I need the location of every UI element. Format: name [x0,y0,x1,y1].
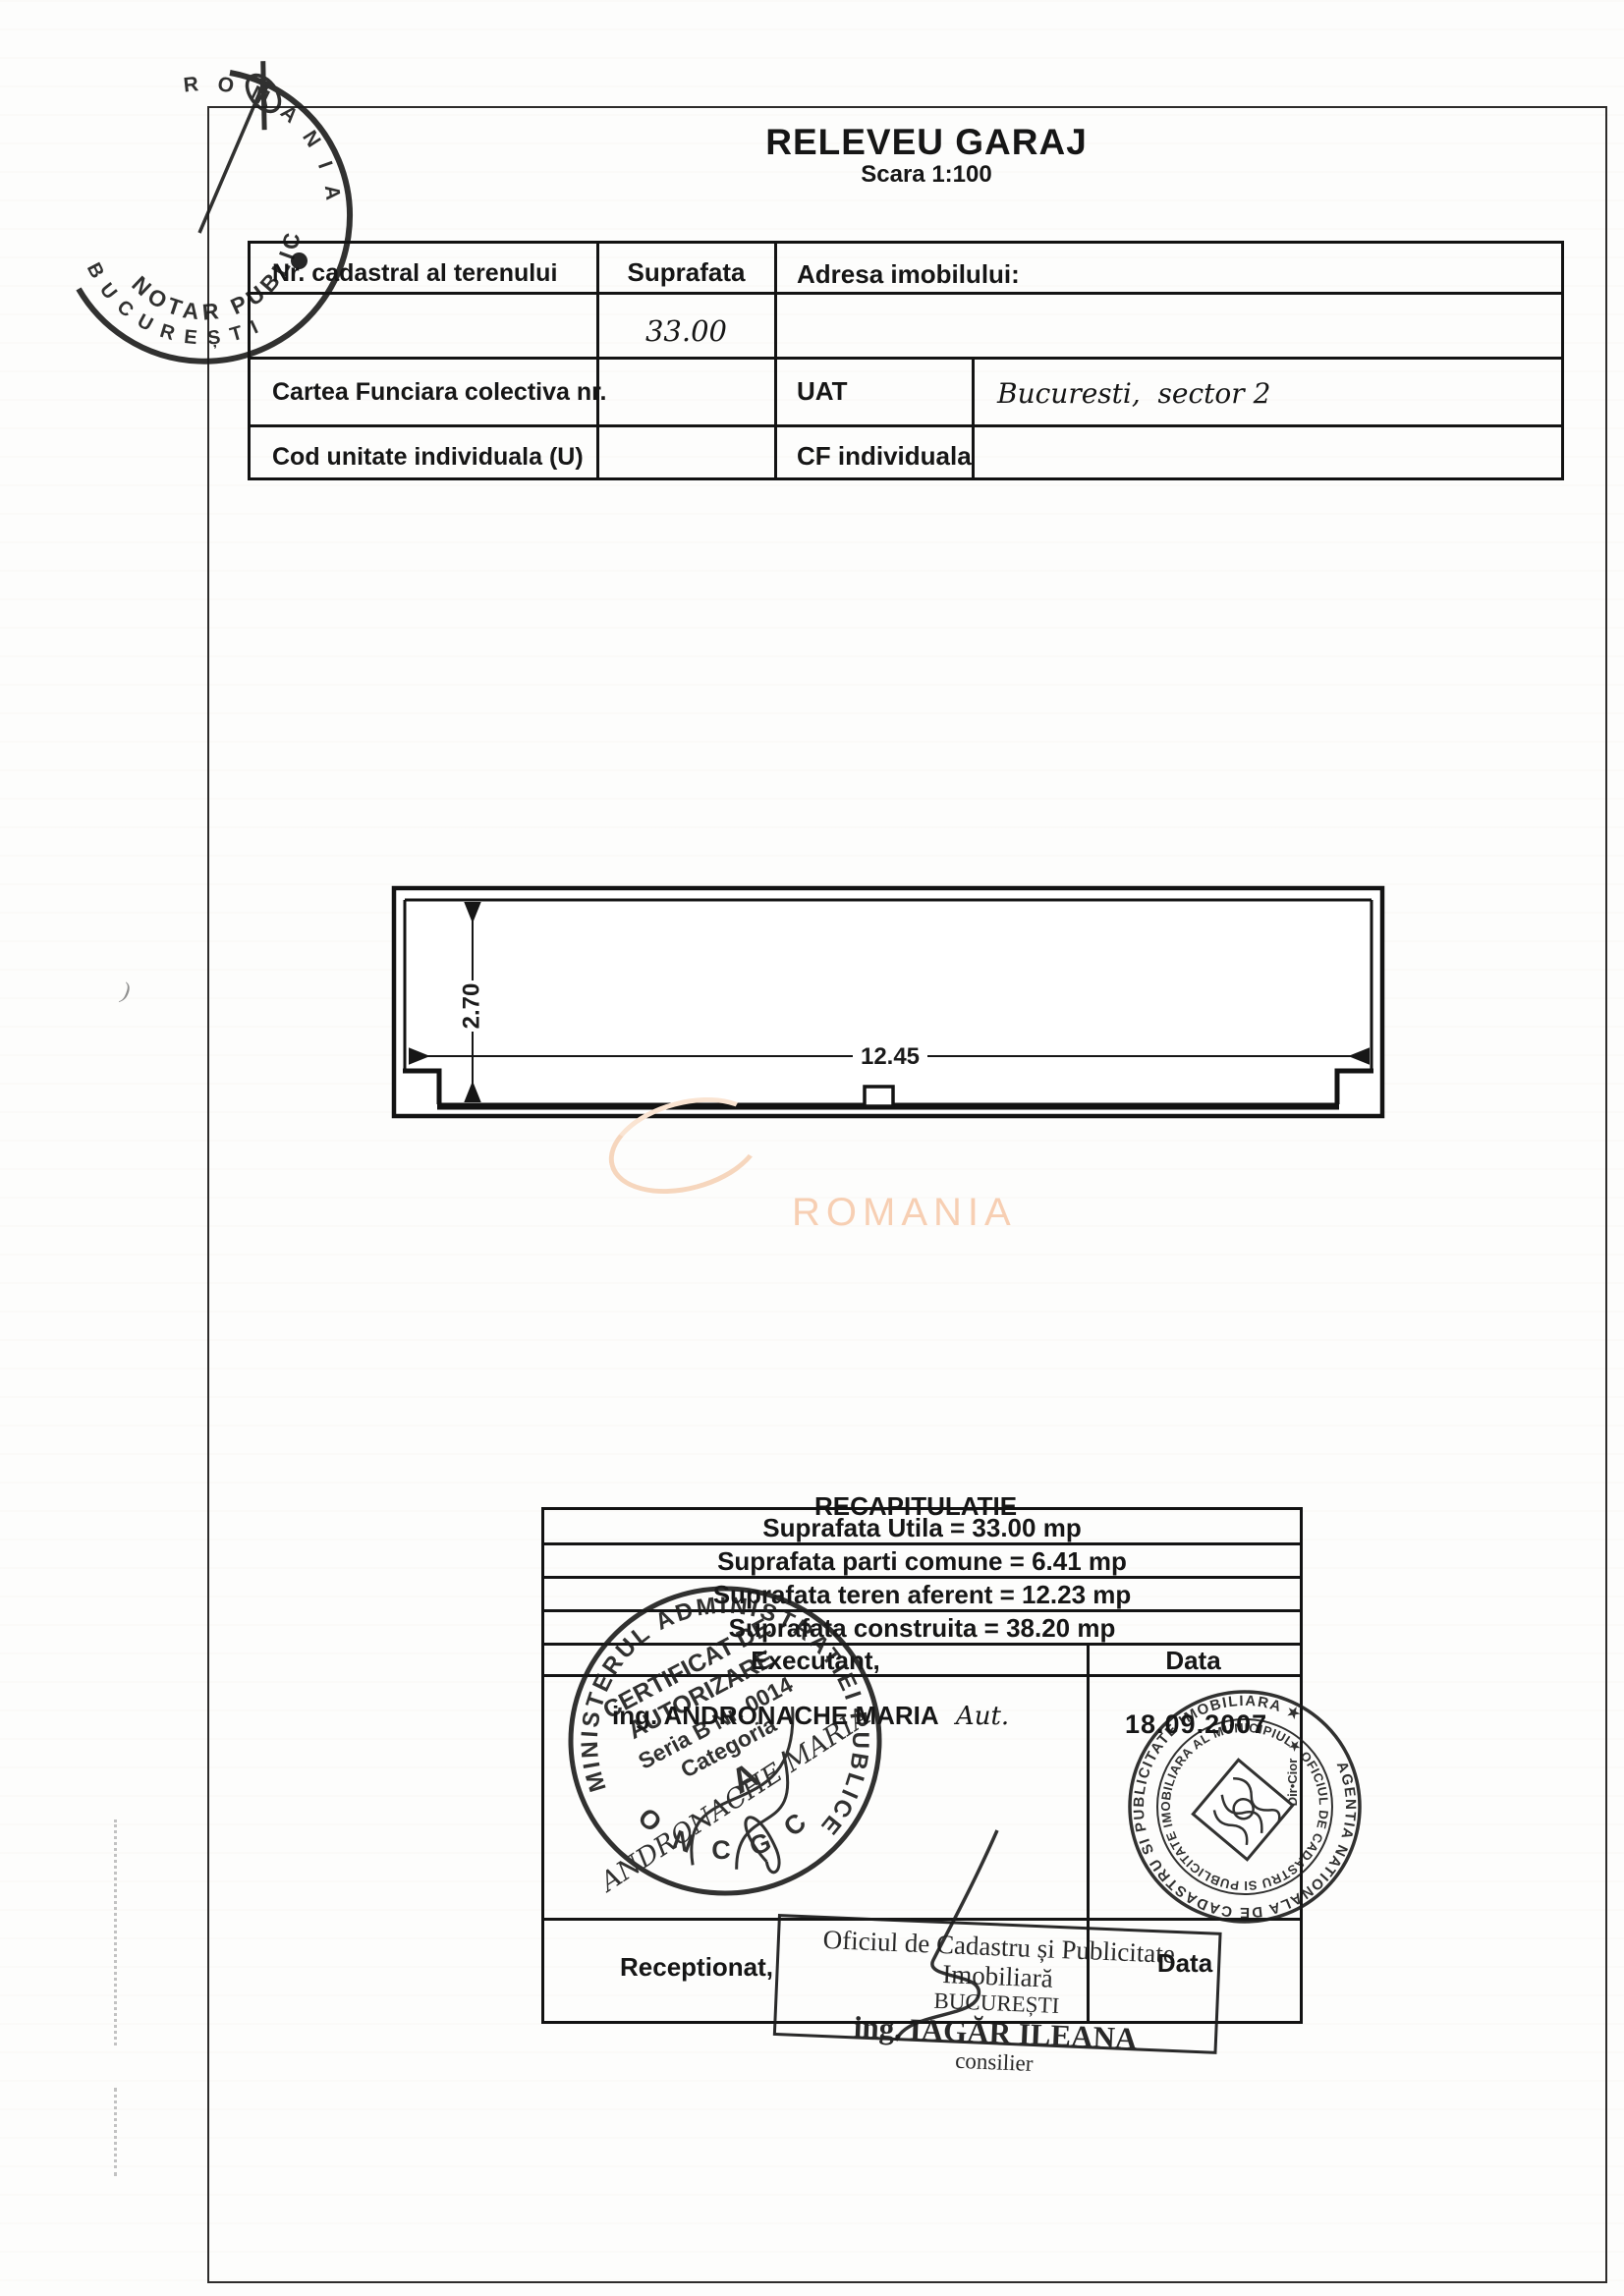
notary-country-arc: R O M A N I A [183,73,345,207]
pen-stroke [199,86,262,233]
watermark-text: ROMANIA [792,1191,1017,1235]
executant-name-line: ing. ANDRONACHE MARIA Aut. [612,1701,1009,1731]
date-value: 18.09.2007 [1125,1709,1267,1740]
executant-aut: Aut. [956,1702,1009,1731]
recap-row-utila: Suprafata Utila = 33.00 mp [544,1513,1300,1543]
scan-artifact-dots-1 [114,1820,117,2045]
page-subtitle: Scara 1:100 [756,161,1096,189]
scan-artifact-dots-2 [114,2088,117,2176]
ancpi-emblem-icon [1193,1760,1292,1859]
info-header-adresa: Adresa imobilului: [797,259,1020,290]
info-header-nr-cadastral: Nr. cadastral al terenului [272,259,557,288]
info-header-suprafata: Suprafata [597,257,775,288]
suprafata-value: 33.00 [597,314,775,348]
width-dim-label: 12.45 [861,1043,920,1070]
garage-walls [394,888,1382,1116]
cartea-funciara-label: Cartea Funciara colectiva nr. [272,378,606,407]
document-page: R O M A N I A NOTAR PUBLIC B U C U R E Ș… [0,0,1624,2296]
page-title: RELEVEU GARAJ [756,122,1096,163]
receptionat-signature [756,1822,1032,2068]
info-table: Nr. cadastral al terenului Suprafata Adr… [248,241,1564,480]
receptionat-label: Receptionat, [620,1952,773,1983]
data-label: Data [1087,1646,1300,1676]
depth-dim-label: 2.70 [458,983,484,1030]
floor-plan: 2.70 12.45 [388,882,1390,1124]
executant-name: ing. ANDRONACHE MARIA [612,1701,939,1730]
cf-individuala-label: CF individuala [797,441,972,472]
uat-label: UAT [797,376,848,407]
cod-unitate-label: Cod unitate individuala (U) [272,443,584,472]
scan-artifact-paren: ) [120,979,133,1006]
recap-row-parti-comune: Suprafata parti comune = 6.41 mp [544,1546,1300,1577]
uat-value: Bucuresti, sector 2 [997,377,1270,410]
